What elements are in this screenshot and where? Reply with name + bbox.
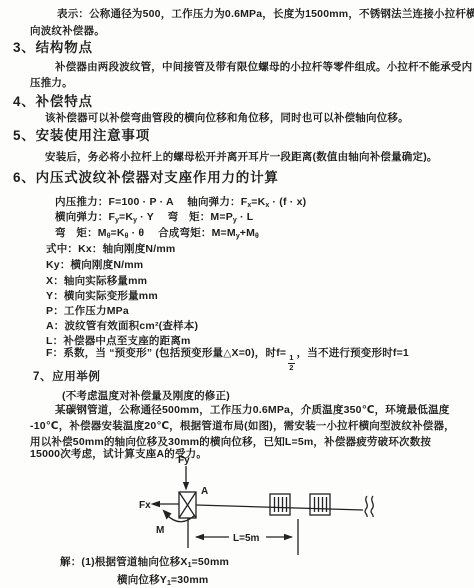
section-5-line-1: 安装后，务必将小拉杆上的螺母松开并离开耳片一段距离(数值由轴向补偿量确定)。: [45, 151, 438, 164]
variable-def-x: X：轴向实际移量mm: [46, 275, 147, 288]
document-page: { "document": { "intro": { "line1": "表示：…: [0, 0, 474, 588]
section-5-title: 5、安装使用注意事项: [13, 128, 150, 143]
fx-label: Fx: [139, 500, 151, 511]
section-7-note: (不考虑温度对补偿量及刚度的修正): [62, 390, 230, 403]
point-a-label: A: [201, 486, 208, 497]
section-7-line-2: -10℃，补偿器安装温度20℃，根据管道布局(如图)，需安装一小拉杆横向型波纹补…: [30, 420, 455, 433]
formula-line-1: 内压推力：F=100 · P · A 轴向弹力：Fx=Kx · (f · x): [55, 196, 306, 212]
variable-def-p: P：工作压力MPa: [46, 305, 129, 318]
support-a-symbol: [179, 492, 196, 518]
variable-def-ky: Ky：横向刚度N/mm: [46, 259, 143, 272]
section-3-title: 3、结构物点: [13, 40, 93, 55]
bellows-1-icon: [270, 494, 290, 515]
section-7-line-1: 某碳钢管道，公称通径500mm，工作压力0.6MPa，介质温度350℃，环境最低…: [55, 404, 450, 417]
piping-diagram: Fy A Fx M L=5m: [120, 452, 474, 558]
bellows-2-icon: [310, 494, 330, 515]
fx-arrow: [151, 501, 180, 507]
length-label: L=5m: [233, 533, 260, 544]
solution-line-2: 横向位移Y1=30mm: [117, 574, 208, 588]
solution-line-1: 解：(1)根据管道轴向位移X1=50mm: [60, 556, 229, 572]
section-4-title: 4、补偿特点: [13, 94, 93, 109]
formula-line-2: 横向弹力：Fy=Ky · Y 弯 矩：M=Py · L: [55, 211, 253, 227]
variable-def-kx: 式中：Kx：轴向刚度N/mm: [46, 243, 175, 256]
section-7-title: 7、应用举例: [33, 371, 101, 384]
formula-line-3: 弯 矩：Mθ=Kθ · θ 合成弯矩：M=My+Mθ: [55, 227, 259, 243]
variable-def-a: A：波纹管有效面积cm²(查样本): [46, 320, 198, 333]
section-3-line-2: 压推力。: [30, 77, 73, 90]
variable-def-y: Y：横向实际变形量mm: [46, 290, 158, 303]
pipe-break-icon: [365, 496, 373, 517]
fy-label: Fy: [178, 455, 190, 466]
variable-def-f: F：系数，当 “预变形” (包括预变形量△X=0)，时f=12，当不进行预变形时…: [46, 347, 409, 372]
moment-label: M: [156, 525, 164, 536]
section-3-line-1: 补偿器由两段波纹管，中间接管及带有限位螺母的小拉杆等零件组成。小拉杆不能承受内: [55, 61, 472, 74]
fy-arrow: [183, 466, 189, 491]
intro-line-1: 表示：公称通径为500，工作压力为0.6MPa，长度为1500mm，不锈钢法兰连…: [57, 8, 474, 21]
pipe-line: [196, 505, 363, 510]
intro-line-2: 向波纹补偿器。: [30, 25, 105, 38]
section-6-title: 6、内压式波纹补偿器对支座作用力的计算: [13, 170, 279, 185]
section-4-line-1: 该补偿器可以补偿弯曲管段的横向位移和角位移，同时也可以补偿轴向位移。: [45, 112, 409, 125]
